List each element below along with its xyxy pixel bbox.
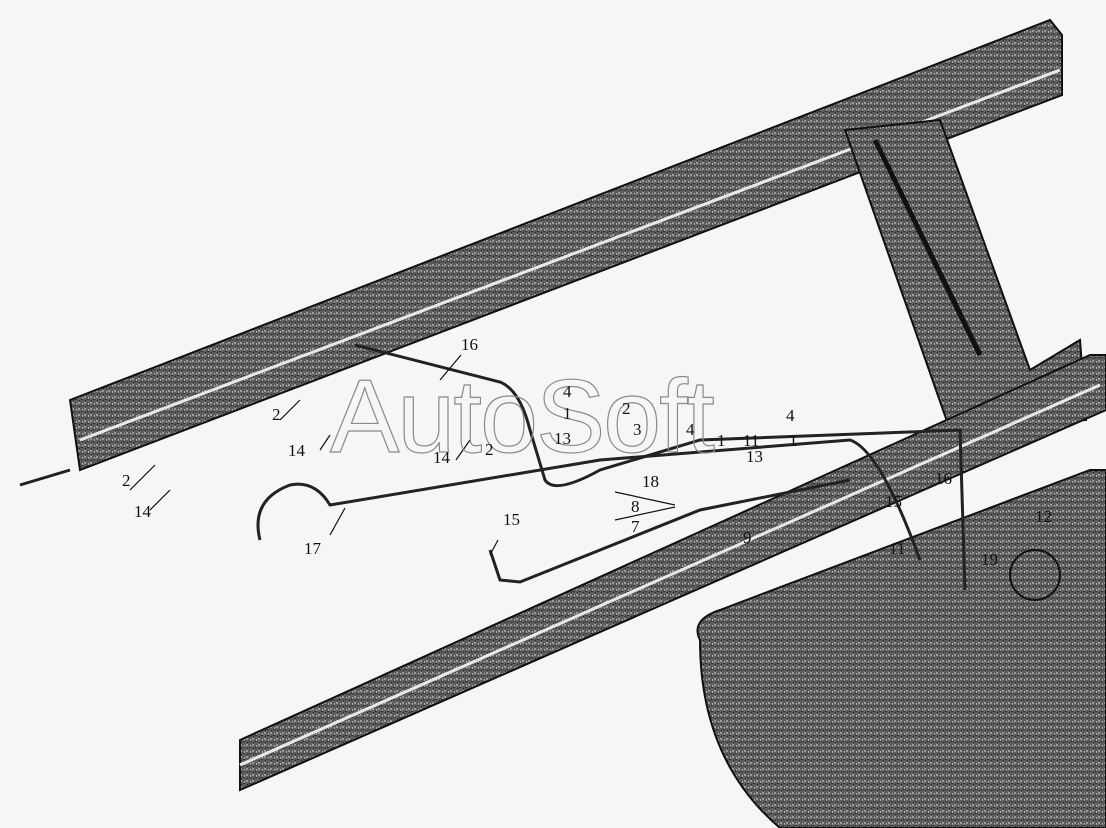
- callout-9: 9: [743, 529, 752, 546]
- callout-2: 2: [485, 441, 494, 458]
- callout-16: 16: [461, 336, 478, 353]
- callout-1: 1: [563, 405, 572, 422]
- parts-diagram: AutoSoft 16 4 2 1 3 13 4 1 11 13 4 1 18 …: [0, 0, 1106, 828]
- callout-18: 18: [642, 473, 659, 490]
- callout-16: 16: [935, 470, 952, 487]
- callout-4: 4: [786, 407, 795, 424]
- callout-2: 2: [122, 472, 131, 489]
- callout-4: 4: [686, 421, 695, 438]
- callout-15: 15: [885, 493, 902, 510]
- callout-14: 14: [433, 449, 450, 466]
- callout-14: 14: [134, 503, 151, 520]
- callout-4: 4: [563, 383, 572, 400]
- callout-1: 1: [717, 432, 726, 449]
- callout-12: 12: [1035, 508, 1052, 525]
- watermark: AutoSoft: [330, 358, 713, 477]
- callout-14: 14: [288, 442, 305, 459]
- callout-15: 15: [503, 511, 520, 528]
- callout-2: 2: [272, 406, 281, 423]
- callout-11: 11: [889, 540, 905, 557]
- callout-19: 19: [981, 551, 998, 568]
- callout-8: 8: [631, 498, 640, 515]
- callout-17: 17: [304, 540, 321, 557]
- callout-13: 13: [746, 448, 763, 465]
- callout-3: 3: [633, 421, 642, 438]
- callout-7: 7: [631, 518, 640, 535]
- callout-13: 13: [554, 430, 571, 447]
- callout-2: 2: [622, 400, 631, 417]
- callout-1: 1: [789, 432, 798, 449]
